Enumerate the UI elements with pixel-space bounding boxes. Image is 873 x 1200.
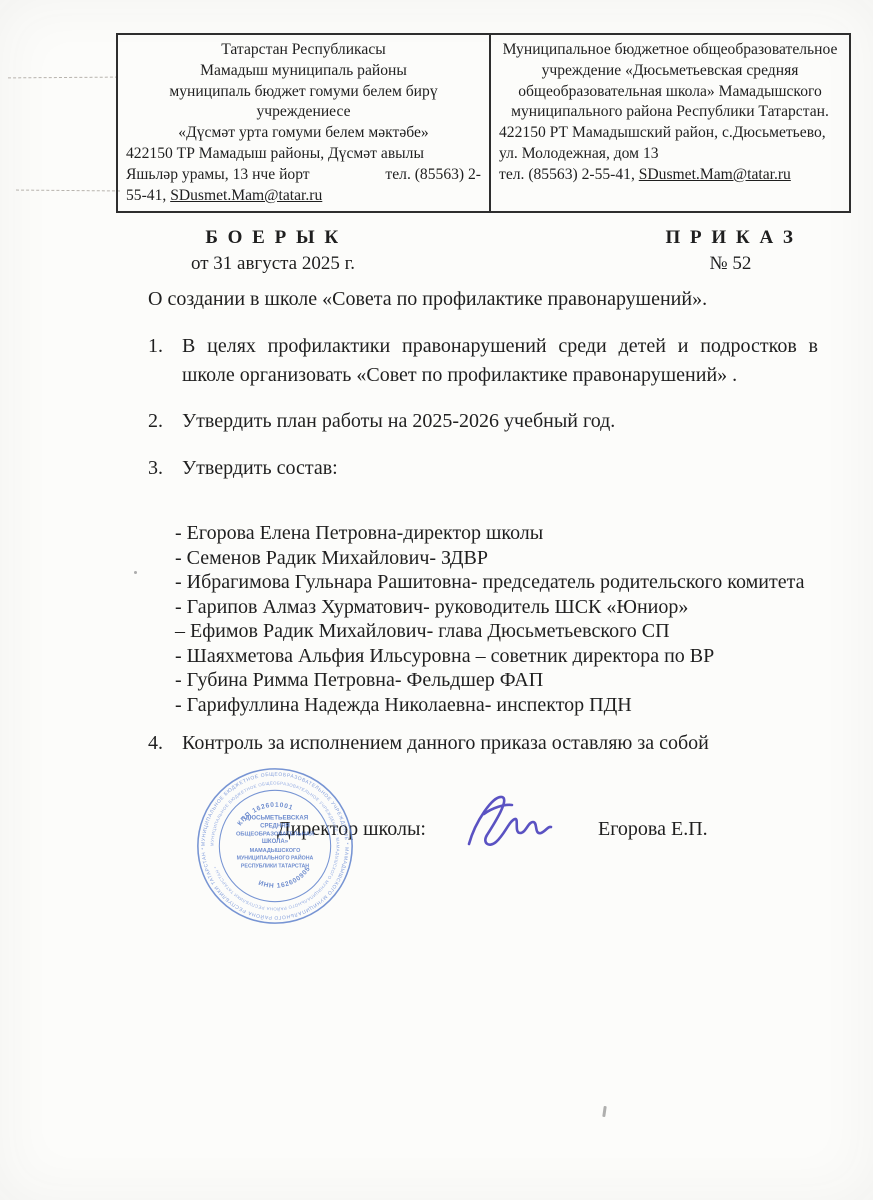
org-name-tatar-line: Мамадыш муниципаль районы xyxy=(126,61,481,82)
org-address-tatar: Яшьләр урамы, 13 нче йорт тел. (85563) 2… xyxy=(126,165,481,186)
order-number: № 52 xyxy=(643,253,818,275)
phone-part: тел. (85563) 2- xyxy=(385,165,481,186)
council-members-list: - Егорова Елена Петровна-директор школы … xyxy=(175,521,818,717)
official-round-stamp: МУНИЦИПАЛЬНОЕ БЮДЖЕТНОЕ ОБЩЕОБРАЗОВАТЕЛЬ… xyxy=(192,763,358,929)
item-text: Контроль за исполнением данного приказа … xyxy=(182,729,818,758)
handwritten-signature xyxy=(462,788,572,858)
letterhead-tatar-cell: Татарстан Республикасы Мамадыш муниципал… xyxy=(118,35,489,211)
email-text: SDusmet.Mam@tatar.ru xyxy=(170,187,322,204)
order-subject: О создании в школе «Совета по профилакти… xyxy=(148,288,707,311)
org-address-tatar: 422150 ТР Мамадыш районы, Дүсмәт авылы xyxy=(126,144,481,165)
stamp-ring-text: МУНИЦИПАЛЬНОЕ БЮДЖЕТНОЕ ОБЩЕОБРАЗОВАТЕЛЬ… xyxy=(201,772,350,922)
order-title-russian-block: П Р И К А З № 52 xyxy=(643,227,818,275)
stamp-center-line: РЕСПУБЛИКИ ТАТАРСТАН xyxy=(241,863,309,869)
member-line: - Гарипов Алмаз Хурматович- руководитель… xyxy=(175,595,818,620)
order-item-2: 2. Утвердить план работы на 2025-2026 уч… xyxy=(148,407,818,436)
order-body: 1. В целях профилактики правонарушений с… xyxy=(148,332,818,758)
org-contacts-tatar: 55-41, SDusmet.Mam@tatar.ru xyxy=(126,186,481,207)
org-address-russian: ул. Молодежная, дом 13 xyxy=(499,144,841,165)
item-text: В целях профилактики правонарушений сред… xyxy=(182,332,818,390)
email-text: SDusmet.Mam@tatar.ru xyxy=(639,166,791,183)
order-titles-row: Б О Е Р Ы К от 31 августа 2025 г. П Р И … xyxy=(148,227,818,275)
item-number: 3. xyxy=(148,454,182,483)
street-line: Яшьләр урамы, 13 нче йорт xyxy=(126,165,310,186)
scan-artifact-speck xyxy=(602,1106,607,1117)
phone-part: тел. (85563) 2-55-41, xyxy=(499,166,639,183)
org-name-tatar-line: «Дүсмәт урта гомуми белем мәктәбе» xyxy=(126,123,481,144)
org-name-tatar-line: Татарстан Республикасы xyxy=(126,40,481,61)
member-line: - Губина Римма Петровна- Фельдшер ФАП xyxy=(175,668,818,693)
order-item-1: 1. В целях профилактики правонарушений с… xyxy=(148,332,818,390)
org-name-russian-line: муниципального района Республики Татарст… xyxy=(499,102,841,123)
order-item-4: 4. Контроль за исполнением данного прика… xyxy=(148,729,818,758)
signature-label: Директор школы: xyxy=(277,818,426,841)
order-title-russian: П Р И К А З xyxy=(643,227,818,249)
item-number: 1. xyxy=(148,332,182,390)
org-name-russian-line: учреждение «Дюсьметьевская средняя xyxy=(499,61,841,82)
signatory-name: Егорова Е.П. xyxy=(598,818,708,841)
phone-part: 55-41, xyxy=(126,187,170,204)
org-name-tatar-line: муниципаль бюджет гомуми белем бирү xyxy=(126,82,481,103)
letterhead-box: Татарстан Республикасы Мамадыш муниципал… xyxy=(116,33,851,213)
stamp-ring-text-inner: МУНИЦИПАЛЬНОЕ БЮДЖЕТНОЕ ОБЩЕОБРАЗОВАТЕЛЬ… xyxy=(209,780,340,911)
member-line: - Егорова Елена Петровна-директор школы xyxy=(175,521,818,546)
org-contacts-russian: тел. (85563) 2-55-41, SDusmet.Mam@tatar.… xyxy=(499,165,841,186)
org-name-tatar-line: учреждениесе xyxy=(126,102,481,123)
scan-artifact-dot xyxy=(134,571,137,574)
org-address-russian: 422150 РТ Мамадышский район, с.Дюсьметье… xyxy=(499,123,841,144)
item-number: 4. xyxy=(148,729,182,758)
order-title-tatar: Б О Е Р Ы К xyxy=(148,227,398,249)
item-text: Утвердить план работы на 2025-2026 учебн… xyxy=(182,407,818,436)
scan-artifact-dashed-line xyxy=(8,77,118,79)
stamp-center-line: МУНИЦИПАЛЬНОГО РАЙОНА xyxy=(237,854,314,862)
member-line: - Шаяхметова Альфия Ильсуровна – советни… xyxy=(175,644,818,669)
org-name-russian-line: Муниципальное бюджетное общеобразователь… xyxy=(499,40,841,61)
stamp-inn-text: ИНН 162600905 xyxy=(256,864,315,896)
stamp-center-line: МАМАДЫШСКОГО xyxy=(250,848,301,854)
letterhead-russian-cell: Муниципальное бюджетное общеобразователь… xyxy=(489,35,849,211)
order-date: от 31 августа 2025 г. xyxy=(148,253,398,275)
order-title-tatar-block: Б О Е Р Ы К от 31 августа 2025 г. xyxy=(148,227,398,275)
member-line: - Ибрагимова Гульнара Рашитовна- председ… xyxy=(175,570,818,595)
item-text: Утвердить состав: xyxy=(182,454,818,483)
member-line: - Семенов Радик Михайлович- ЗДВР xyxy=(175,546,818,571)
item-number: 2. xyxy=(148,407,182,436)
order-item-3: 3. Утвердить состав: xyxy=(148,454,818,483)
scan-artifact-dashed-line xyxy=(16,190,120,192)
member-line: – Ефимов Радик Михайлович- глава Дюсьмет… xyxy=(175,619,818,644)
org-name-russian-line: общеобразовательная школа» Мамадышского xyxy=(499,82,841,103)
scanned-order-document: Татарстан Республикасы Мамадыш муниципал… xyxy=(0,0,873,1200)
member-line: - Гарифуллина Надежда Николаевна- инспек… xyxy=(175,693,818,718)
